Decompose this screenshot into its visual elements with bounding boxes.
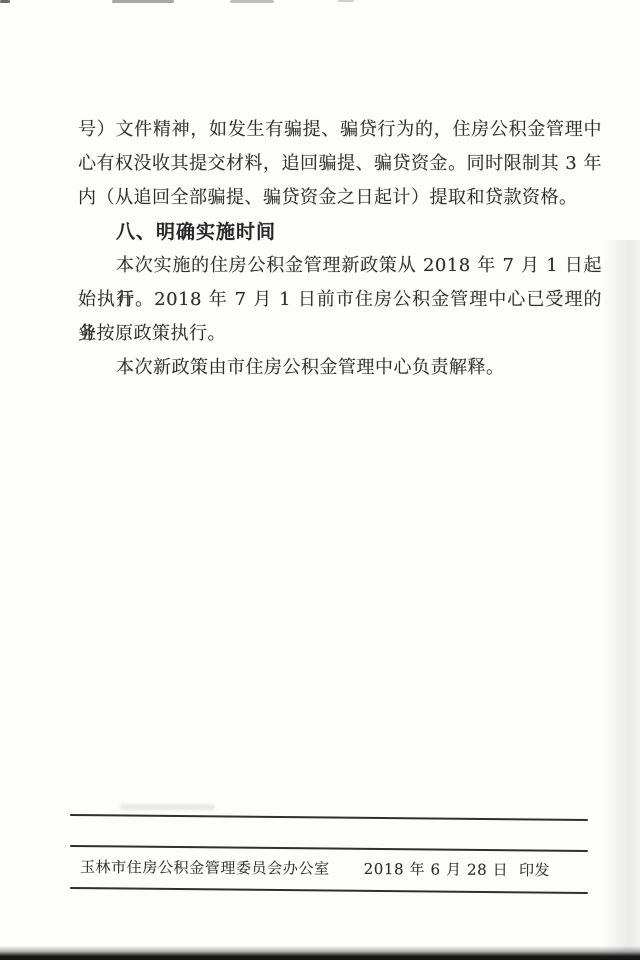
footer-rule-middle [70,845,588,852]
scan-artifact-top-3 [338,0,354,2]
footer-colophon: 玉林市住房公积金管理委员会办公室 2018 年 6 月 28 日 印发 [80,856,580,880]
scan-artifact-top-1 [112,0,174,3]
footer-issuer: 玉林市住房公积金管理委员会办公室 [80,856,330,879]
text-line-2: 心有权没收其提交材料，追回骗提、骗贷资金。同时限制其 3 年 [78,147,602,181]
scan-artifact-top-left [0,0,10,3]
page-bottom-shadow [0,946,640,960]
text-line-1: 号）文件精神，如发生有骗提、骗贷行为的，住房公积金管理中 [78,113,602,147]
text-line-5: 本次实施的住房公积金管理新政策从 2018 年 7 月 1 日起开 [78,249,602,283]
footer-rule-bottom [70,887,588,894]
body-text: 号）文件精神，如发生有骗提、骗贷行为的，住房公积金管理中 心有权没收其提交材料，… [78,113,602,385]
document-page: 号）文件精神，如发生有骗提、骗贷行为的，住房公积金管理中 心有权没收其提交材料，… [0,0,640,960]
text-line-7: 务按原政策执行。 [78,317,602,351]
text-line-3: 内（从追回全部骗提、骗贷资金之日起计）提取和贷款资格。 [78,181,602,215]
section-heading: 八、明确实施时间 [78,215,602,249]
page-right-shadow [602,240,640,960]
text-line-8: 本次新政策由市住房公积金管理中心负责解释。 [78,351,602,385]
text-line-6: 始执行。2018 年 7 月 1 日前市住房公积金管理中心已受理的业 [78,283,602,317]
footer-print-date: 2018 年 6 月 28 日 印发 [364,858,551,880]
footer-rule-top [70,814,588,821]
scan-artifact-bleed [120,804,215,810]
scan-artifact-top-2 [230,0,274,3]
